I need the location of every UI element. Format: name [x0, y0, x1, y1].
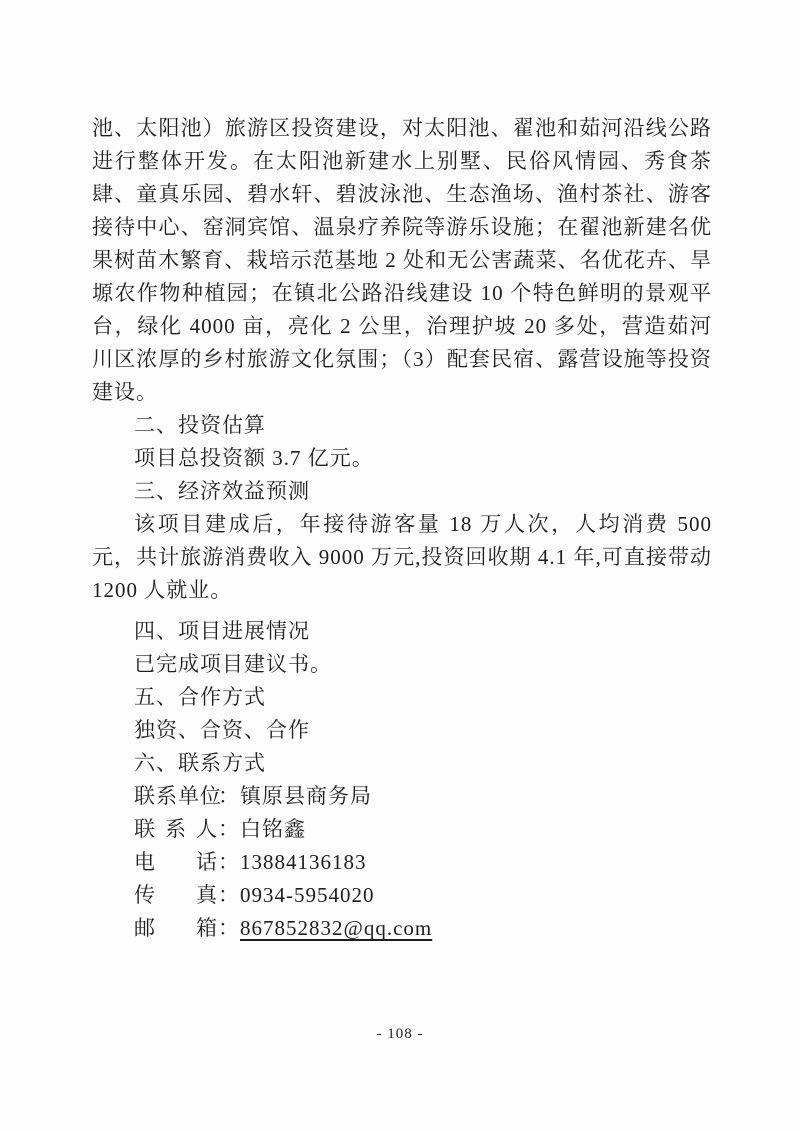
contact-colon: ：: [218, 850, 240, 874]
document-body: 池、太阳池）旅游区投资建设，对太阳池、翟池和茹河沿线公路进行整体开发。在太阳池新…: [92, 112, 712, 945]
contact-value-person: 白铭鑫: [240, 817, 306, 841]
contact-label-email: 邮箱: [134, 912, 218, 945]
contact-label-fax: 传真: [134, 879, 218, 912]
paragraph-total-investment: 项目总投资额 3.7 亿元。: [92, 442, 712, 475]
contact-value-phone: 13884136183: [240, 850, 367, 874]
section-heading-contact-info: 六、联系方式: [92, 747, 712, 780]
contact-colon: ：: [218, 784, 240, 808]
section-heading-project-progress: 四、项目进展情况: [92, 615, 712, 648]
paragraph-cooperation-modes: 独资、合资、合作: [92, 714, 712, 747]
contact-row-fax: 传真：0934-5954020: [92, 879, 712, 912]
contact-row-phone: 电话：13884136183: [92, 846, 712, 879]
contact-colon: ：: [218, 916, 240, 940]
email-link[interactable]: 867852832@qq.com: [240, 916, 432, 940]
contact-row-email: 邮箱：867852832@qq.com: [92, 912, 712, 945]
contact-label-unit: 联系单位: [134, 780, 218, 813]
contact-value-unit: 镇原县商务局: [240, 784, 372, 808]
document-page: 池、太阳池）旅游区投资建设，对太阳池、翟池和茹河沿线公路进行整体开发。在太阳池新…: [0, 0, 800, 1131]
contact-row-unit: 联系单位：镇原县商务局: [92, 780, 712, 813]
contact-block: 联系单位：镇原县商务局 联系人：白铭鑫 电话：13884136183 传真：09…: [92, 780, 712, 945]
contact-colon: ：: [218, 817, 240, 841]
paragraph-project-progress: 已完成项目建议书。: [92, 648, 712, 681]
contact-label-person: 联系人: [134, 813, 218, 846]
contact-value-fax: 0934-5954020: [240, 883, 375, 907]
page-number: - 108 -: [0, 1026, 800, 1043]
section-heading-investment-estimate: 二、投资估算: [92, 409, 712, 442]
contact-label-phone: 电话: [134, 846, 218, 879]
section-heading-cooperation-mode: 五、合作方式: [92, 681, 712, 714]
contact-colon: ：: [218, 883, 240, 907]
section-heading-economic-benefit-forecast: 三、经济效益预测: [92, 475, 712, 508]
paragraph-tourism-investment-continuation: 池、太阳池）旅游区投资建设，对太阳池、翟池和茹河沿线公路进行整体开发。在太阳池新…: [92, 112, 712, 409]
contact-row-person: 联系人：白铭鑫: [92, 813, 712, 846]
paragraph-economic-forecast: 该项目建成后，年接待游客量 18 万人次，人均消费 500 元，共计旅游消费收入…: [92, 508, 712, 607]
